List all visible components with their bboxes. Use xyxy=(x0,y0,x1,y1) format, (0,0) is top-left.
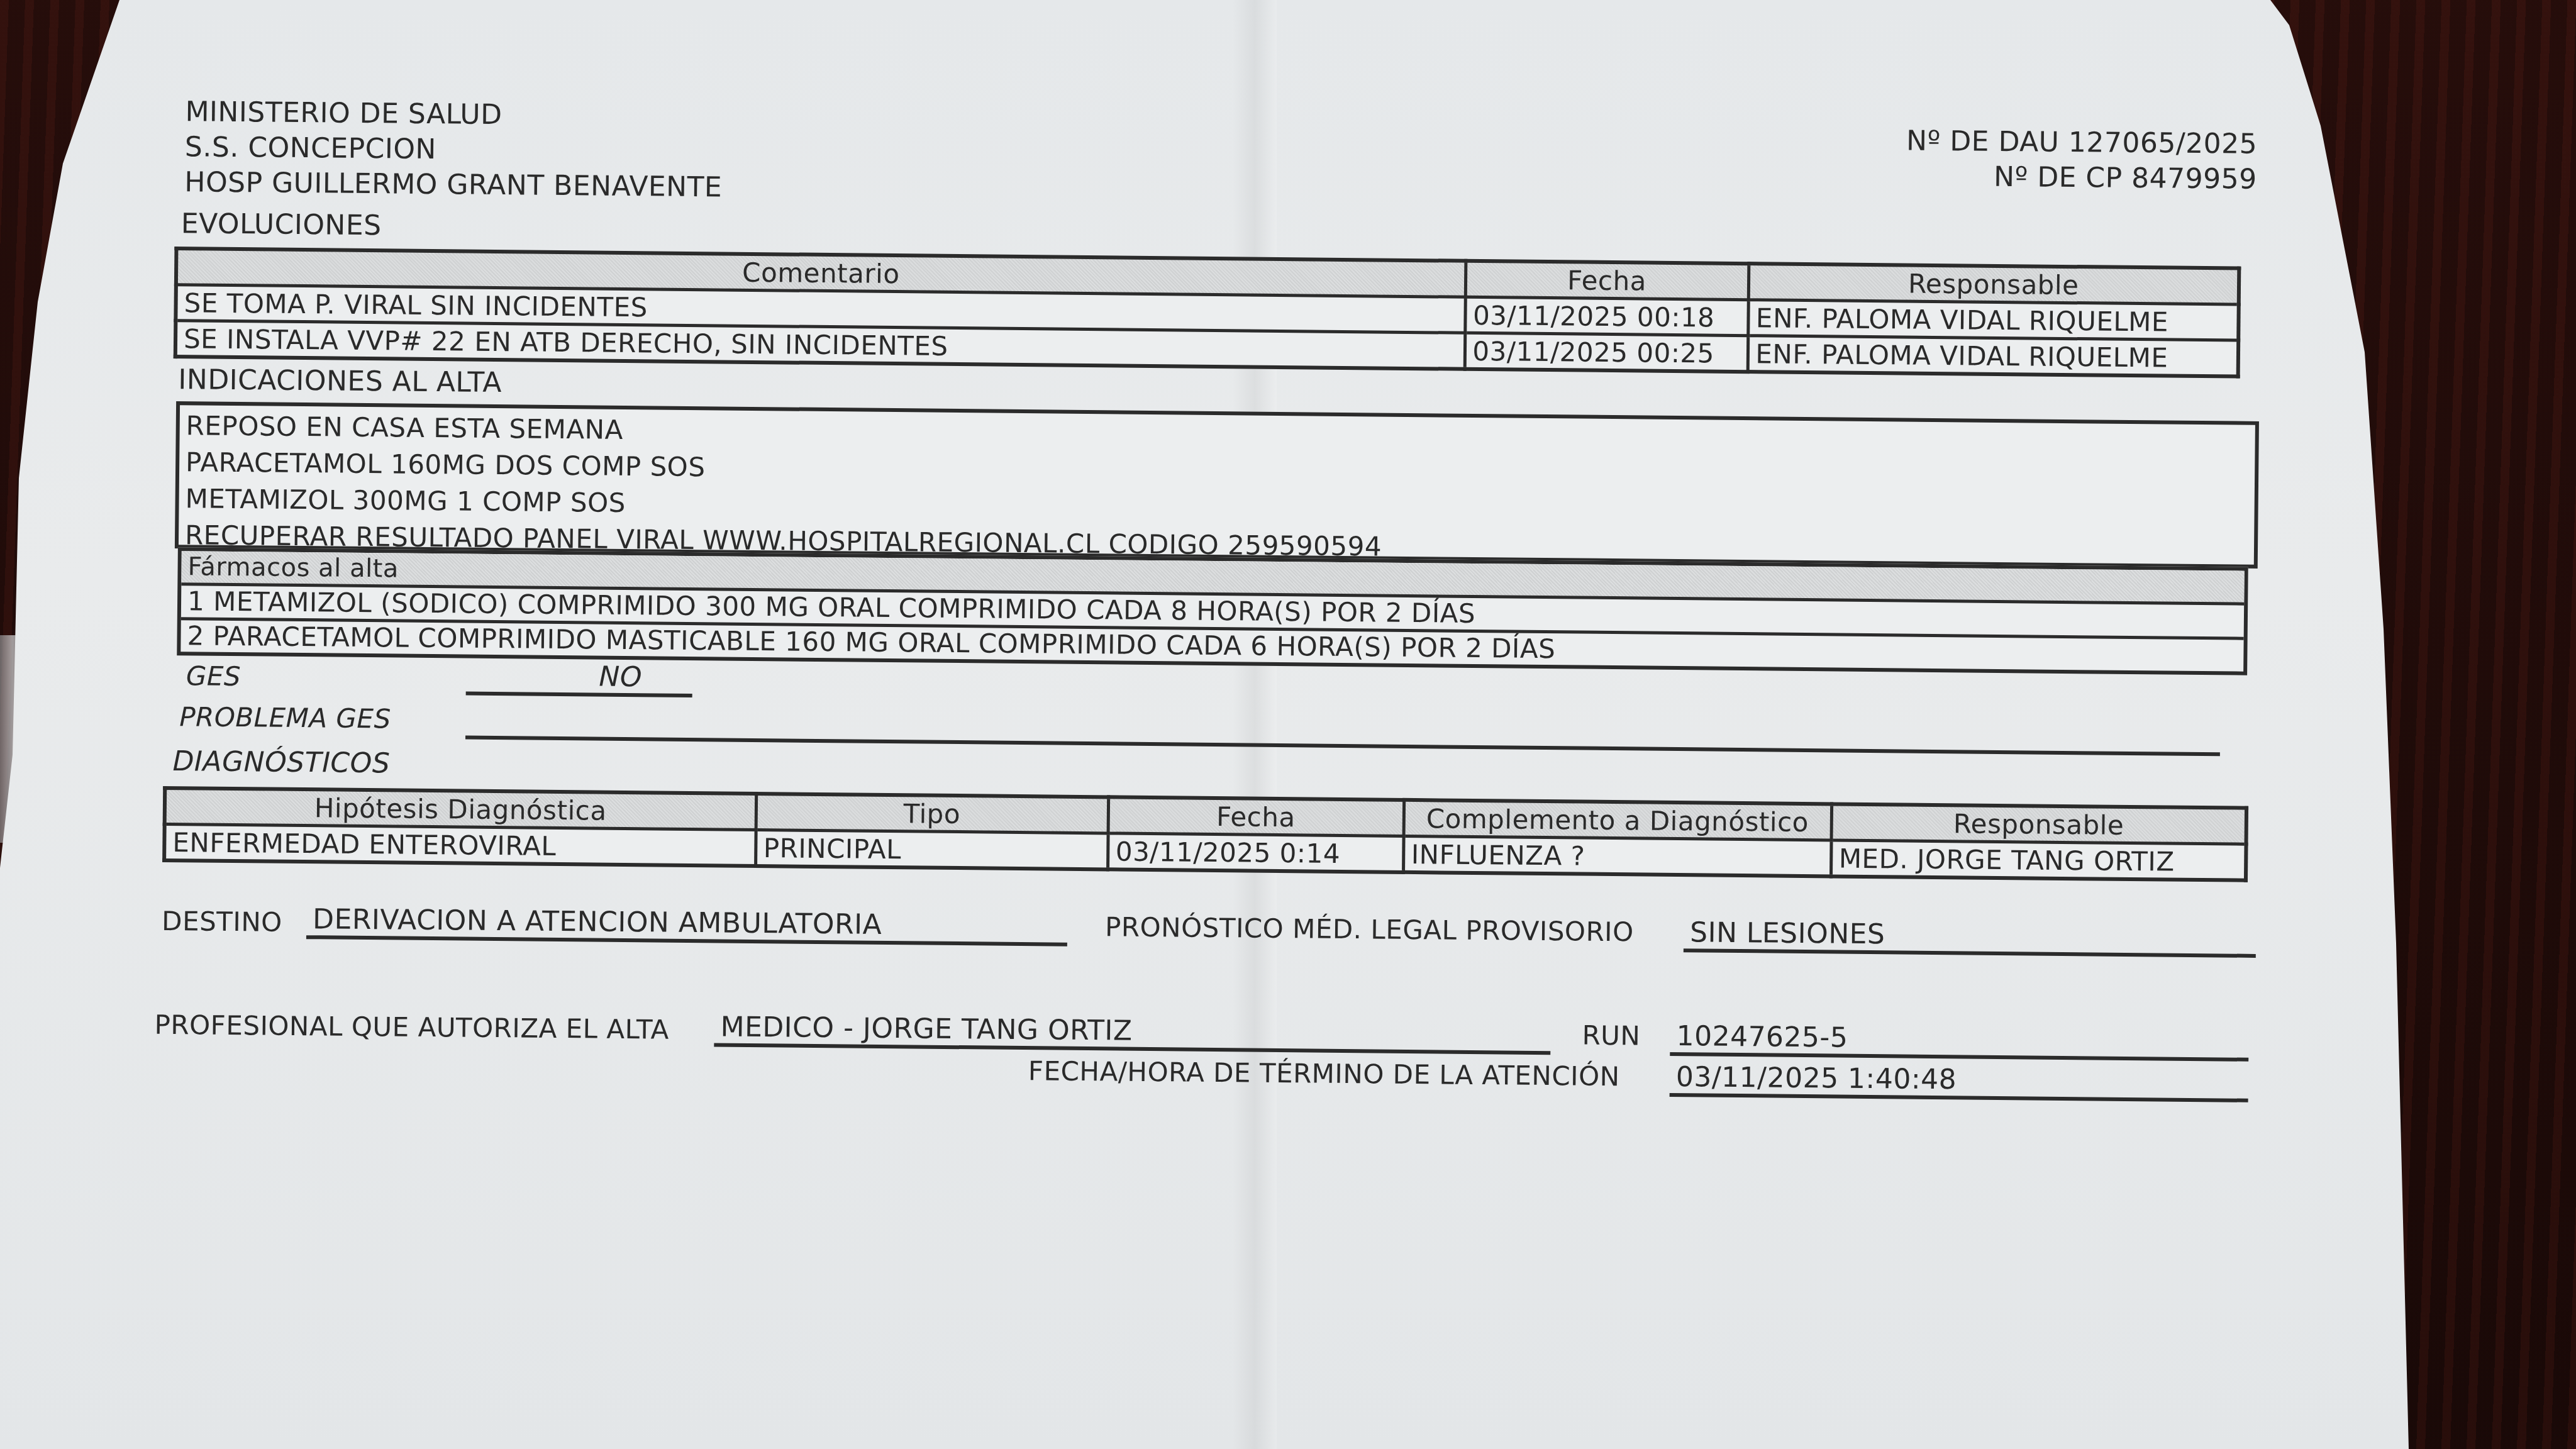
document-numbers: Nº DE DAU 127065/2025 Nº DE CP 8479959 xyxy=(1906,124,2257,197)
evolucion-responsable: ENF. PALOMA VIDAL RIQUELME xyxy=(1748,300,2239,340)
diagnostico-fecha: 03/11/2025 0:14 xyxy=(1108,833,1404,872)
diagnostico-complemento: INFLUENZA ? xyxy=(1403,836,1831,876)
termino-value: 03/11/2025 1:40:48 xyxy=(1670,1062,2248,1102)
org-line-service: S.S. CONCEPCION xyxy=(185,130,723,170)
evoluciones-table: Comentario Fecha Responsable SE TOMA P. … xyxy=(174,247,2241,379)
cp-number: 8479959 xyxy=(2131,162,2257,196)
org-line-hospital: HOSP GUILLERMO GRANT BENAVENTE xyxy=(184,165,722,205)
column-header-responsable: Responsable xyxy=(1831,804,2247,844)
termino-label: FECHA/HORA DE TÉRMINO DE LA ATENCIÓN xyxy=(1028,1055,1620,1092)
farmacos-table: Fármacos al alta 1 METAMIZOL (SODICO) CO… xyxy=(177,547,2248,675)
ges-value: NO xyxy=(466,660,693,697)
diagnostico-responsable: MED. JORGE TANG ORTIZ xyxy=(1831,840,2246,880)
run-label: RUN xyxy=(1582,1020,1640,1052)
diagnosticos-table: Hipótesis Diagnóstica Tipo Fecha Complem… xyxy=(162,786,2248,882)
profesional-label: PROFESIONAL QUE AUTORIZA EL ALTA xyxy=(154,1009,669,1045)
evolucion-fecha: 03/11/2025 00:18 xyxy=(1465,297,1748,335)
problema-ges-label: PROBLEMA GES xyxy=(179,701,391,734)
dau-number: 127065/2025 xyxy=(2068,126,2258,160)
org-line-ministry: MINISTERIO DE SALUD xyxy=(185,94,723,135)
diagnosticos-title: DIAGNÓSTICOS xyxy=(172,745,390,779)
diagnostico-hipotesis: ENFERMEDAD ENTEROVIRAL xyxy=(164,824,756,866)
ges-label: GES xyxy=(186,660,241,692)
pronostico-label: PRONÓSTICO MÉD. LEGAL PROVISORIO xyxy=(1105,911,1634,947)
indicaciones-title: INDICACIONES AL ALTA xyxy=(178,364,502,399)
paper-sheet: MINISTERIO DE SALUD S.S. CONCEPCION HOSP… xyxy=(0,0,2576,1449)
institution-header: MINISTERIO DE SALUD S.S. CONCEPCION HOSP… xyxy=(184,94,723,205)
indicaciones-box: REPOSO EN CASA ESTA SEMANA PARACETAMOL 1… xyxy=(175,401,2259,569)
cp-number-line: Nº DE CP 8479959 xyxy=(1906,159,2257,197)
evolucion-fecha: 03/11/2025 00:25 xyxy=(1465,333,1748,372)
column-header-tipo: Tipo xyxy=(756,794,1109,833)
diagnostico-tipo: PRINCIPAL xyxy=(755,830,1108,869)
problema-ges-value xyxy=(465,704,2220,757)
cp-label: Nº DE CP xyxy=(1994,161,2123,194)
column-header-responsable: Responsable xyxy=(1748,264,2240,304)
column-header-hipotesis: Hipótesis Diagnóstica xyxy=(165,788,757,830)
dau-number-line: Nº DE DAU 127065/2025 xyxy=(1906,124,2257,162)
column-header-fecha: Fecha xyxy=(1465,261,1749,300)
discharge-document: MINISTERIO DE SALUD S.S. CONCEPCION HOSP… xyxy=(170,82,2270,102)
dau-label: Nº DE DAU xyxy=(1906,125,2060,158)
evolucion-responsable: ENF. PALOMA VIDAL RIQUELME xyxy=(1748,336,2239,377)
evoluciones-title: EVOLUCIONES xyxy=(181,208,382,241)
destino-value: DERIVACION A ATENCION AMBULATORIA xyxy=(306,904,1067,947)
pronostico-value: SIN LESIONES xyxy=(1684,917,2256,958)
destino-label: DESTINO xyxy=(162,906,282,938)
profesional-value: MEDICO - JORGE TANG ORTIZ xyxy=(714,1011,1550,1055)
column-header-complemento: Complemento a Diagnóstico xyxy=(1404,800,1832,840)
column-header-fecha: Fecha xyxy=(1108,797,1404,836)
run-value: 10247625-5 xyxy=(1670,1021,2248,1062)
